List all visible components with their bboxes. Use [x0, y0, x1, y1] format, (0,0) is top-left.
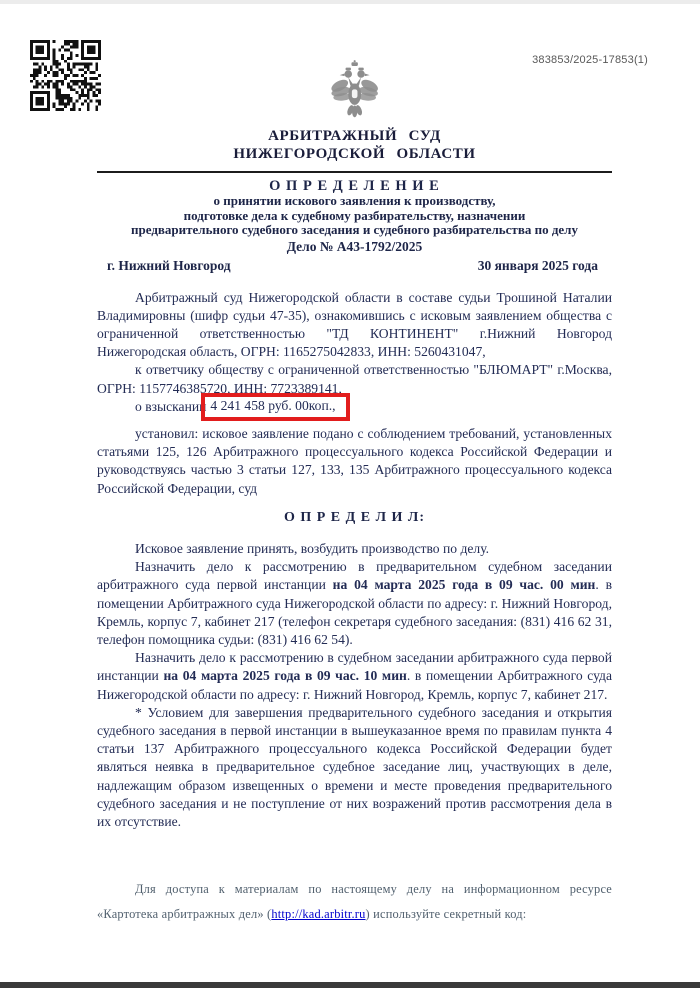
header-divider	[97, 171, 612, 173]
kad-arbitr-link[interactable]: http://kad.arbitr.ru	[271, 907, 365, 921]
document-number: 383853/2025-17853(1)	[532, 54, 648, 66]
resolution-heading: О П Р Е Д Е Л И Л:	[97, 509, 612, 527]
ruling-heading: О П Р Е Д Е Л Е Н И Е	[97, 178, 612, 194]
qr-code-icon	[30, 40, 101, 111]
paragraph-accept-claim: Исковое заявление принять, возбудить про…	[97, 540, 612, 558]
paragraph-claim-amount: о взыскании4 241 458 руб. 00коп.,	[97, 398, 612, 416]
footer-text-after-link: ) используйте секретный код:	[366, 907, 527, 921]
city-date-row: г. Нижний Новгород 30 января 2025 года	[97, 258, 612, 274]
ruling-subtitle-2: подготовке дела к судебному разбирательс…	[97, 209, 612, 224]
paragraph-court-hearing: Назначить дело к рассмотрению в судебном…	[97, 649, 612, 704]
court-name: АРБИТРАЖНЫЙ СУД НИЖЕГОРОДСКОЙ ОБЛАСТИ	[97, 128, 612, 163]
preliminary-hearing-datetime: на 04 марта 2025 года в 09 час. 00 мин	[333, 577, 596, 592]
claim-amount-value: 4 241 458 руб. 00коп.,	[210, 398, 335, 413]
court-hearing-datetime: на 04 марта 2025 года в 09 час. 10 мин	[163, 668, 406, 683]
date: 30 января 2025 года	[478, 258, 598, 274]
claim-amount-prefix: о взыскании	[135, 399, 206, 414]
document-page: 383853/2025-17853(1)	[0, 0, 700, 988]
page-bottom-edge	[0, 982, 700, 988]
top-edge-strip	[0, 0, 700, 4]
paragraph-defendant: к ответчику обществу с ограниченной отве…	[97, 361, 612, 397]
city: г. Нижний Новгород	[107, 258, 231, 274]
court-name-line1: АРБИТРАЖНЫЙ СУД	[97, 128, 612, 146]
ruling-subtitle-1: о принятии искового заявления к производ…	[97, 194, 612, 209]
case-number: Дело № А43-1792/2025	[97, 239, 612, 255]
title-block: О П Р Е Д Е Л Е Н И Е о принятии исковог…	[97, 178, 612, 255]
footer-note: Для доступа к материалам по настоящему д…	[97, 877, 612, 927]
paragraph-court-composition: Арбитражный суд Нижегородской области в …	[97, 289, 612, 362]
document-body: Арбитражный суд Нижегородской области в …	[97, 289, 612, 832]
amount-highlight-box: 4 241 458 руб. 00коп.,	[201, 393, 349, 421]
paragraph-preliminary-hearing: Назначить дело к рассмотрению в предвари…	[97, 558, 612, 649]
paragraph-condition-note: * Условием для завершения предварительно…	[97, 704, 612, 831]
paragraph-established: установил: исковое заявление подано с со…	[97, 425, 612, 498]
ruling-subtitle-3: предварительного судебного заседания и с…	[97, 223, 612, 238]
court-name-line2: НИЖЕГОРОДСКОЙ ОБЛАСТИ	[97, 146, 612, 164]
